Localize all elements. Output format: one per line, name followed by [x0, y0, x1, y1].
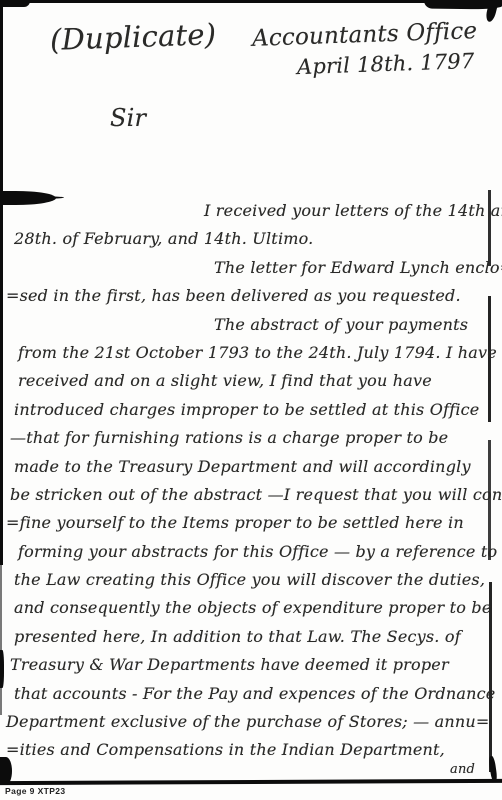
letter-line: The abstract of your payments	[214, 311, 498, 339]
letter-line: I received your letters of the 14th and	[204, 197, 498, 225]
letter-line: =sed in the first, has been delivered as…	[6, 282, 498, 310]
scanned-letter-page: (Duplicate) Accountants Office April 18t…	[0, 0, 502, 800]
letter-line: =ities and Compensations in the Indian D…	[6, 736, 498, 764]
letter-line: be stricken out of the abstract —I reque…	[10, 481, 498, 509]
letter-line: forming your abstracts for this Office —…	[18, 538, 498, 566]
page-footer-label: Page 9 XTP23	[5, 786, 66, 796]
scan-artifact-top-left-corner	[0, 0, 30, 7]
date-line: April 18th. 1797	[297, 49, 475, 79]
scan-artifact-left-mark-upper	[0, 430, 3, 442]
office-heading: Accountants Office	[252, 18, 478, 52]
letter-line: that accounts - For the Pay and expences…	[14, 680, 498, 708]
scan-artifact-left-edge	[0, 0, 3, 565]
letter-line: the Law creating this Office you will di…	[14, 566, 498, 594]
letter-line: made to the Treasury Department and will…	[14, 453, 498, 481]
letter-line: from the 21st October 1793 to the 24th. …	[18, 339, 498, 367]
salutation: Sir	[110, 104, 146, 132]
letter-line: and consequently the objects of expendit…	[14, 594, 498, 622]
letter-line: Treasury & War Departments have deemed i…	[10, 651, 498, 679]
letter-line: received and on a slight view, I find th…	[18, 367, 498, 395]
letter-line: presented here, In addition to that Law.…	[14, 623, 498, 651]
letter-line: The letter for Edward Lynch enclo=	[214, 254, 498, 282]
letter-line: Department exclusive of the purchase of …	[6, 708, 498, 736]
catchword: and	[450, 762, 475, 777]
letter-line: 28th. of February, and 14th. Ultimo.	[14, 225, 498, 253]
letter-body: I received your letters of the 14th and …	[6, 197, 498, 765]
scan-artifact-left-mark-lower	[0, 650, 4, 688]
letter-line: =fine yourself to the Items proper to be…	[6, 509, 498, 537]
letter-line: —that for furnishing rations is a charge…	[10, 424, 498, 452]
duplicate-annotation: (Duplicate)	[49, 17, 216, 57]
scan-artifact-bottom-edge	[0, 779, 502, 785]
scan-artifact-left-edge-lower	[0, 565, 2, 715]
letter-line: introduced charges improper to be settle…	[14, 396, 498, 424]
